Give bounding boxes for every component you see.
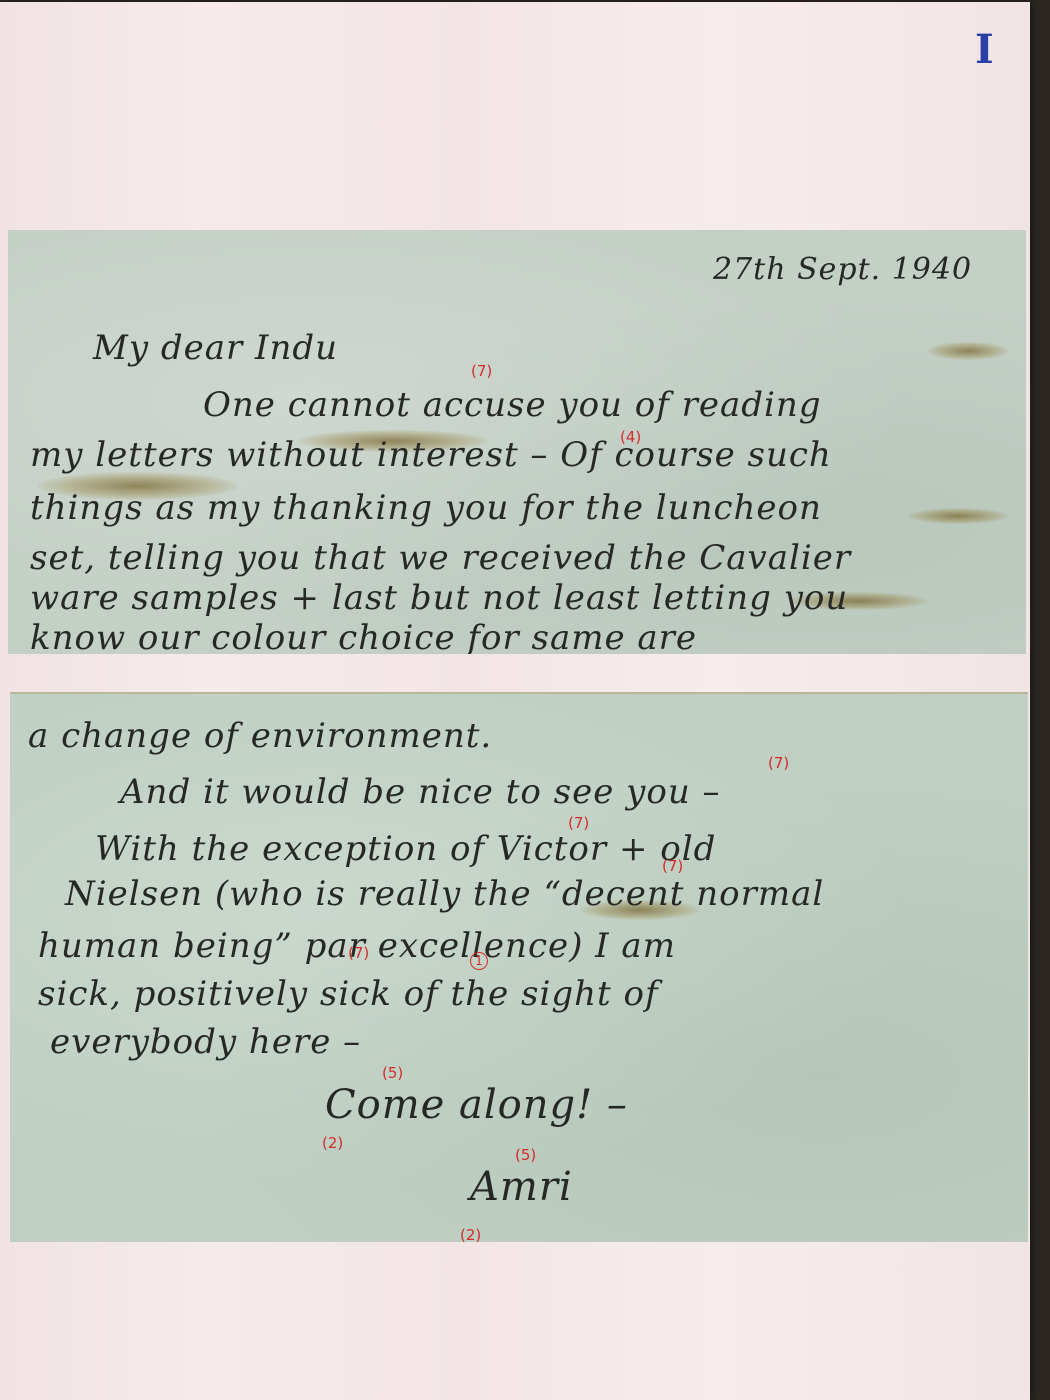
letter-line: know our colour choice for same are	[30, 618, 697, 654]
letter-line: ware samples + last but not least lettin…	[30, 578, 848, 618]
letter-line: a change of environment.	[28, 716, 492, 756]
letter-line: my letters without interest – Of course …	[30, 435, 832, 475]
letter-line: One cannot accuse you of reading	[203, 385, 822, 425]
annotation-circled-marker: 1	[470, 952, 488, 970]
letter-line: set, telling you that we received the Ca…	[30, 538, 851, 578]
page-number-marker: I	[975, 30, 994, 70]
ink-stain	[928, 342, 1008, 360]
letter-closing: Come along! –	[325, 1082, 628, 1128]
letter-salutation: My dear Indu	[93, 328, 338, 368]
ink-stain	[908, 508, 1008, 524]
annotation-marker: (2)	[322, 1134, 343, 1152]
letter-line: And it would be nice to see you –	[120, 772, 721, 812]
annotation-marker: (5)	[382, 1064, 403, 1082]
letter-date: 27th Sept. 1940	[713, 252, 972, 287]
letter-signature: Amri	[470, 1164, 573, 1210]
annotation-marker: (7)	[662, 857, 683, 875]
letter-fragment-1: 27th Sept. 1940 My dear Indu (7) (4) One…	[8, 230, 1026, 654]
letter-line: things as my thanking you for the lunche…	[30, 488, 822, 528]
letter-fragment-2: a change of environment. (7) And it woul…	[10, 692, 1028, 1242]
letter-line: sick, positively sick of the sight of	[38, 974, 659, 1014]
annotation-marker: (7)	[471, 362, 492, 380]
annotation-marker: (7)	[348, 944, 369, 962]
paper-sheet: I 27th Sept. 1940 My dear Indu (7) (4) O…	[0, 2, 1030, 1400]
letter-line: Nielsen (who is really the “decent norma…	[65, 874, 824, 914]
letter-line: With the exception of Victor + old	[95, 829, 716, 869]
annotation-marker: (2)	[460, 1226, 481, 1244]
letter-line: everybody here –	[50, 1022, 361, 1062]
annotation-marker: (7)	[768, 754, 789, 772]
annotation-marker: (5)	[515, 1146, 536, 1164]
